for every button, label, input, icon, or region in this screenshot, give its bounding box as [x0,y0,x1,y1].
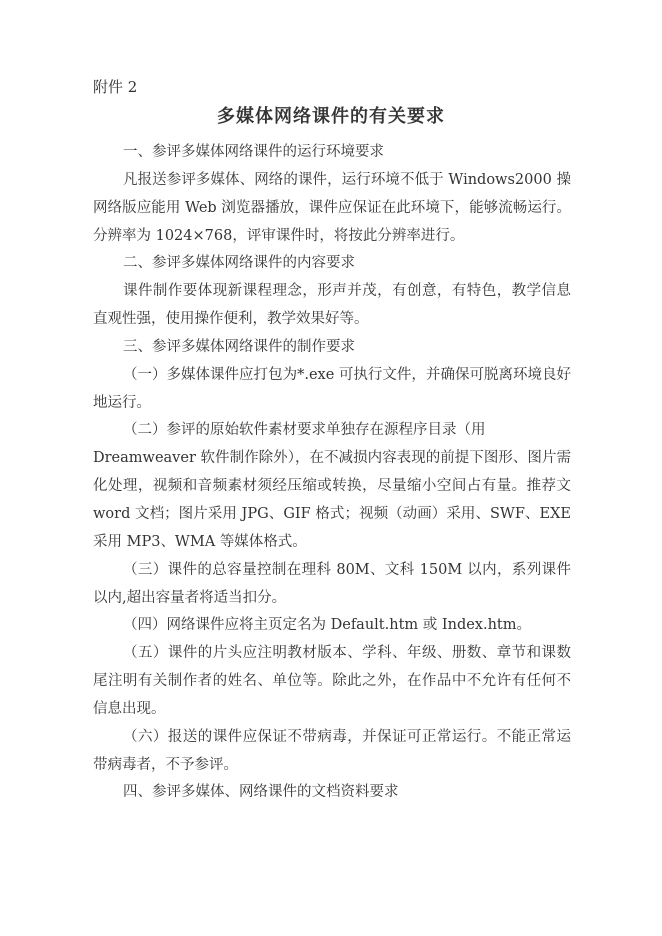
text-line: 凡报送参评多媒体、网络的课件，运行环境不低于 Windows2000 操作系统。 [93,167,571,195]
text-line: 信息出现。 [93,696,571,724]
text-line: （四）网络课件应将主页定名为 Default.htm 或 Index.htm。 [93,612,571,640]
text-line: Dreamweaver 软件制作除外），在不减损内容表现的前提下图形、图片需经最… [93,445,571,473]
text-line: 采用 MP3、WMA 等媒体格式。 [93,529,571,557]
text-line: 带病毒者，不予参评。 [93,752,571,780]
text-line: 地运行。 [93,390,571,418]
text-line: （一）多媒体课件应打包为*.exe 可执行文件，并确保可脱离环境良好顺畅 [93,362,571,390]
text-line: 一、参评多媒体网络课件的运行环境要求 [93,139,571,167]
text-line: （五）课件的片头应注明教材版本、学科、年级、册数、章节和课数等，片 [93,640,571,668]
text-line: （二）参评的原始软件素材要求单独存在源程序目录（用 Frontpage、 [93,417,571,445]
text-line: 分辨率为 1024×768，评审课件时，将按此分辨率进行。 [93,223,571,251]
text-line: 网络版应能用 Web 浏览器播放，课件应保证在此环境下，能够流畅运行。课件的 [93,195,571,223]
text-line: 以内,超出容量者将适当扣分。 [93,585,571,613]
document-body: 一、参评多媒体网络课件的运行环境要求凡报送参评多媒体、网络的课件，运行环境不低于… [93,139,571,807]
attachment-label: 附件 2 [93,76,137,98]
text-line: （三）课件的总容量控制在理科 80M、文科 150M 以内，系列课件可在 220… [93,557,571,585]
text-line: 四、参评多媒体、网络课件的文档资料要求 [93,779,571,807]
text-line: （六）报送的课件应保证不带病毒，并保证可正常运行。不能正常运行或携 [93,724,571,752]
text-line: 化处理，视频和音频素材须经压缩或转换，尽量缩小空间占有量。推荐文字使用 [93,473,571,501]
text-line: 三、参评多媒体网络课件的制作要求 [93,334,571,362]
text-line: 二、参评多媒体网络课件的内容要求 [93,250,571,278]
text-line: word 文档；图片采用 JPG、GIF 格式；视频（动画）采用、SWF、EXE… [93,501,571,529]
text-line: 尾注明有关制作者的姓名、单位等。除此之外，在作品中不允许有任何不相关的 [93,668,571,696]
document-title: 多媒体网络课件的有关要求 [0,104,662,130]
text-line: 课件制作要体现新课程理念，形声并茂，有创意，有特色，教学信息含量大， [93,278,571,306]
document-page: 附件 2 多媒体网络课件的有关要求 一、参评多媒体网络课件的运行环境要求凡报送参… [0,0,662,936]
text-line: 直观性强，使用操作便利，教学效果好等。 [93,306,571,334]
